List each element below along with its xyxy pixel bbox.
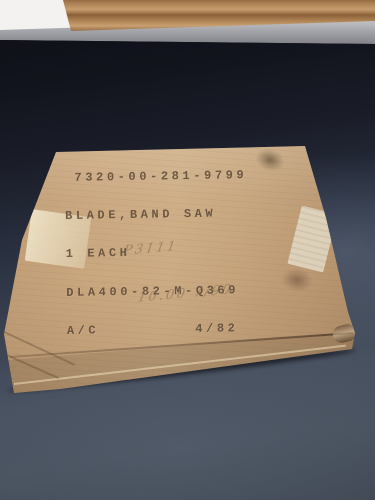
photo-scene: 7320-00-281-9799 BLADE,BAND SAW 1 EACH D… xyxy=(0,0,375,500)
handwriting-line-2: 10.00 7/90 xyxy=(136,282,234,307)
stencil-nsn: 7320-00-281-9799 xyxy=(74,169,247,185)
stencil-code: A/C xyxy=(67,324,100,339)
handwriting-block: P3111 10.00 7/90 xyxy=(97,201,247,343)
handwriting-line-1: P3111 xyxy=(122,233,242,260)
